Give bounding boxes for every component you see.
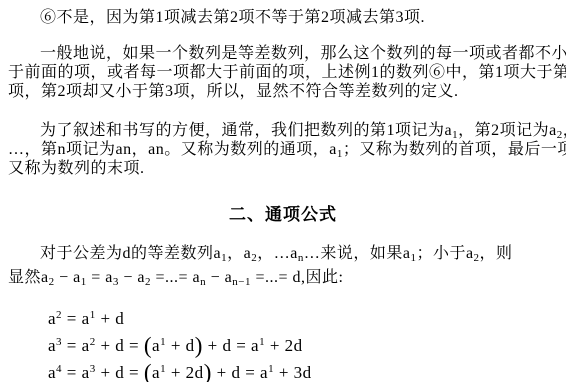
paragraph-general-explanation: 一般地说，如果一个数列是等差数列，那么这个数列的每一项或者都不小 于前面的项，或… — [8, 44, 558, 101]
paragraph-common-difference: 对于公差为d的等差数列a1，a2，…an…来说，如果a1；小于a2，则 显然a2… — [8, 242, 558, 290]
text-line: ⑥不是，因为第1项减去第2项不等于第2项减去第3项. — [8, 8, 558, 27]
text-line: 于前面的项，或者每一项都大于前面的项，上述例1的数列⑥中，第1项大于第2 — [8, 63, 558, 82]
formula-a3: a3 = a2 + d = (a1 + d) + d = a1 + 2d — [48, 332, 558, 359]
section-heading-general-term-formula: 二、通项公式 — [8, 205, 558, 225]
text-line: …，第n项记为an，an。又称为数列的通项，a1；又称为数列的首项，最后一项 — [8, 140, 558, 159]
document-page: ⑥不是，因为第1项减去第2项不等于第2项减去第3项. 一般地说，如果一个数列是等… — [0, 0, 566, 382]
text-line: 对于公差为d的等差数列a1，a2，…an…来说，如果a1；小于a2，则 — [8, 242, 558, 266]
formula-block: a2 = a1 + d a3 = a2 + d = (a1 + d) + d =… — [8, 305, 558, 382]
text-line: 显然a2 − a1 = a3 − a2 =...= an − an−1 =...… — [8, 266, 558, 290]
text-line: 又称为数列的末项. — [8, 159, 558, 178]
text-line: 一般地说，如果一个数列是等差数列，那么这个数列的每一项或者都不小 — [8, 44, 558, 63]
paragraph-notation: 为了叙述和书写的方便，通常，我们把数列的第1项记为a1，第2项记为a2， …，第… — [8, 121, 558, 178]
formula-a2: a2 = a1 + d — [48, 305, 558, 332]
paragraph-item6-answer: ⑥不是，因为第1项减去第2项不等于第2项减去第3项. — [8, 8, 558, 27]
formula-a4: a4 = a3 + d = (a1 + 2d) + d = a1 + 3d — [48, 359, 558, 382]
text-line: 项，第2项却又小于第3项，所以，显然不符合等差数列的定义. — [8, 82, 558, 101]
text-line: 为了叙述和书写的方便，通常，我们把数列的第1项记为a1，第2项记为a2， — [8, 121, 558, 140]
